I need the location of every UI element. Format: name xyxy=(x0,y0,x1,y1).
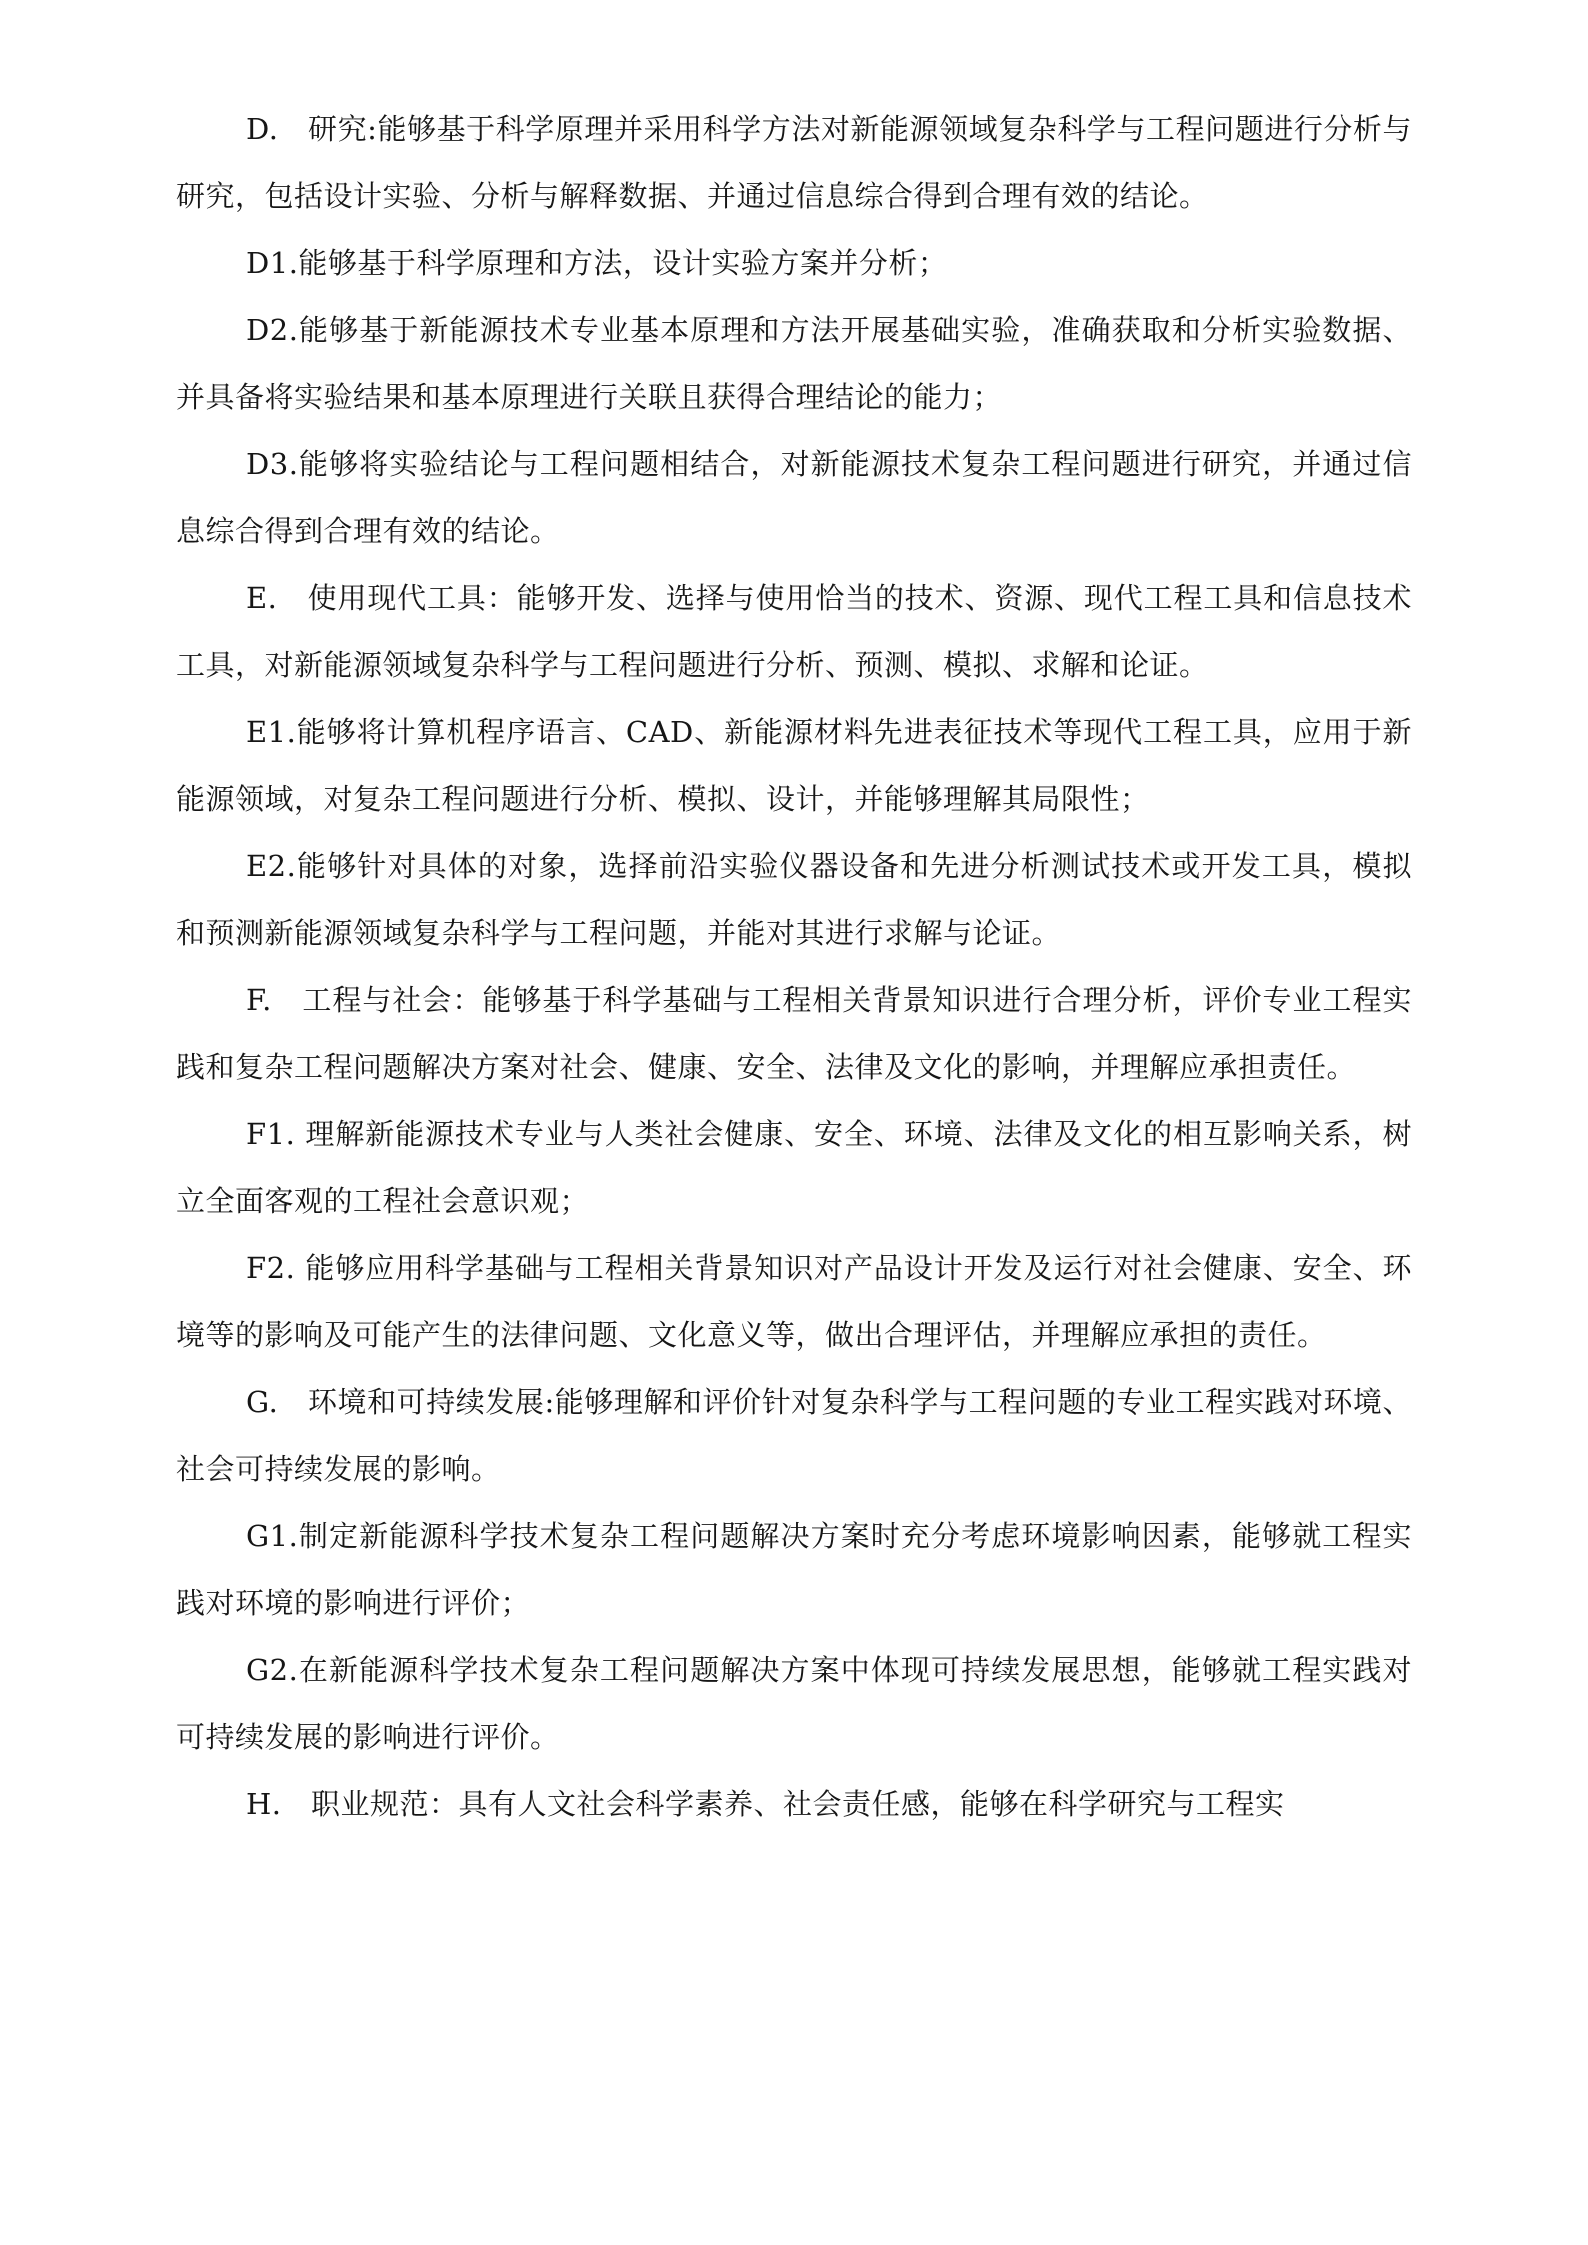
paragraph-F1: F1. 理解新能源技术专业与人类社会健康、安全、环境、法律及文化的相互影响关系，… xyxy=(176,1101,1412,1235)
paragraph-G1: G1.制定新能源科学技术复杂工程问题解决方案时充分考虑环境影响因素，能够就工程实… xyxy=(176,1503,1412,1637)
paragraph-D1: D1.能够基于科学原理和方法，设计实验方案并分析； xyxy=(176,230,1412,297)
paragraph-E2: E2.能够针对具体的对象，选择前沿实验仪器设备和先进分析测试技术或开发工具，模拟… xyxy=(176,833,1412,967)
paragraph-D: D. 研究:能够基于科学原理并采用科学方法对新能源领域复杂科学与工程问题进行分析… xyxy=(176,96,1412,230)
paragraph-D3: D3.能够将实验结论与工程问题相结合，对新能源技术复杂工程问题进行研究，并通过信… xyxy=(176,431,1412,565)
paragraph-G: G. 环境和可持续发展:能够理解和评价针对复杂科学与工程问题的专业工程实践对环境… xyxy=(176,1369,1412,1503)
paragraph-F2: F2. 能够应用科学基础与工程相关背景知识对产品设计开发及运行对社会健康、安全、… xyxy=(176,1235,1412,1369)
paragraph-H: H. 职业规范：具有人文社会科学素养、社会责任感，能够在科学研究与工程实 xyxy=(176,1771,1412,1838)
document-page: D. 研究:能够基于科学原理并采用科学方法对新能源领域复杂科学与工程问题进行分析… xyxy=(0,0,1588,2245)
paragraph-E: E. 使用现代工具：能够开发、选择与使用恰当的技术、资源、现代工程工具和信息技术… xyxy=(176,565,1412,699)
document-body: D. 研究:能够基于科学原理并采用科学方法对新能源领域复杂科学与工程问题进行分析… xyxy=(176,96,1412,1838)
paragraph-D2: D2.能够基于新能源技术专业基本原理和方法开展基础实验，准确获取和分析实验数据、… xyxy=(176,297,1412,431)
paragraph-G2: G2.在新能源科学技术复杂工程问题解决方案中体现可持续发展思想，能够就工程实践对… xyxy=(176,1637,1412,1771)
paragraph-F: F. 工程与社会：能够基于科学基础与工程相关背景知识进行合理分析，评价专业工程实… xyxy=(176,967,1412,1101)
paragraph-E1: E1.能够将计算机程序语言、CAD、新能源材料先进表征技术等现代工程工具，应用于… xyxy=(176,699,1412,833)
